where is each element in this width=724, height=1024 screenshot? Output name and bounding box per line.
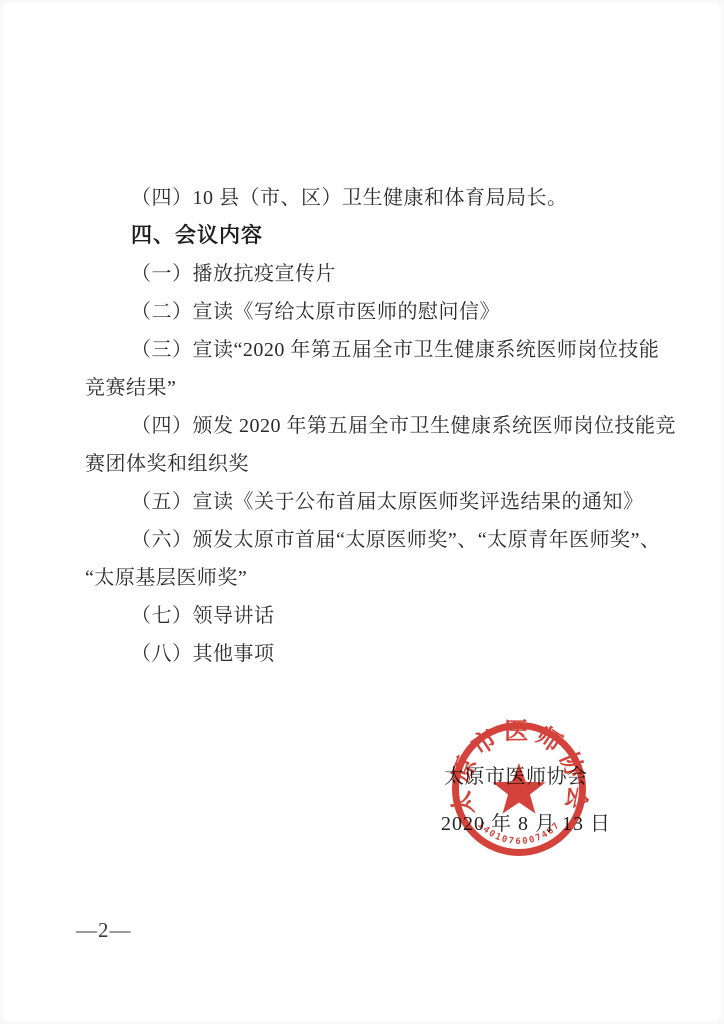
signature-date: 2020 年 8 月 13 日	[441, 807, 611, 836]
text-line: （六）颁发太原市首届“太原医师奖”、“太原青年医师奖”、	[85, 521, 660, 559]
signature-organization: 太原市医师协会	[444, 760, 588, 789]
text-line: （四）颁发 2020 年第五届全市卫生健康系统医师岗位技能竞	[85, 407, 660, 445]
text-line: 赛团体奖和组织奖	[85, 445, 660, 483]
document-lines: （四）10 县（市、区）卫生健康和体育局局长。四、会议内容（一）播放抗疫宣传片（…	[85, 0, 660, 673]
official-seal: 太原市医师协会 1401076007467	[444, 714, 594, 864]
page-number: —2—	[76, 918, 132, 943]
text-line: 竞赛结果”	[85, 369, 660, 407]
text-line: “太原基层医师奖”	[85, 559, 660, 597]
document-page: （四）10 县（市、区）卫生健康和体育局局长。四、会议内容（一）播放抗疫宣传片（…	[0, 0, 724, 1024]
text-line: （四）10 县（市、区）卫生健康和体育局局长。	[85, 179, 660, 217]
section-heading: 四、会议内容	[85, 217, 660, 255]
text-line: （五）宣读《关于公布首届太原医师奖评选结果的通知》	[85, 483, 660, 521]
text-line: （八）其他事项	[85, 635, 660, 673]
text-line: （三）宣读“2020 年第五届全市卫生健康系统医师岗位技能	[85, 331, 660, 369]
text-line: （七）领导讲话	[85, 597, 660, 635]
text-line: （二）宣读《写给太原市医师的慰问信》	[85, 293, 660, 331]
text-line: （一）播放抗疫宣传片	[85, 255, 660, 293]
